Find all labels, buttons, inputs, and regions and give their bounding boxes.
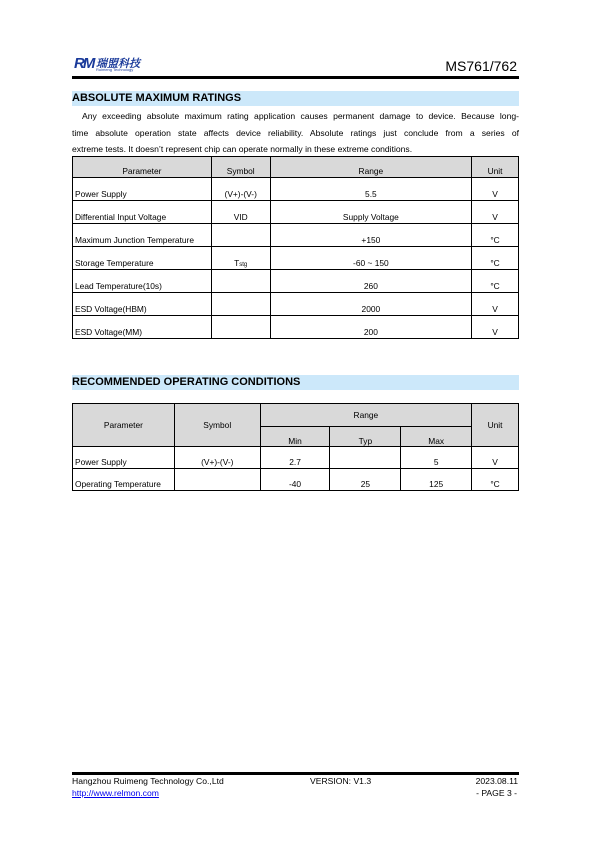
cell-unit: V	[472, 293, 519, 316]
cell-symbol: Tstg	[211, 247, 270, 270]
cell-unit: °C	[472, 270, 519, 293]
table-row: Lead Temperature(10s) 260 °C	[73, 270, 519, 293]
cell-unit: V	[472, 201, 519, 224]
footer-link-container: http://www.relmon.com	[72, 788, 159, 798]
cell-parameter: Storage Temperature	[73, 247, 212, 270]
cell-parameter: Differential Input Voltage	[73, 201, 212, 224]
cell-symbol: VID	[211, 201, 270, 224]
cell-max: 5	[401, 447, 472, 469]
cell-unit: °C	[472, 247, 519, 270]
cell-parameter: ESD Voltage(MM)	[73, 316, 212, 339]
cell-unit: °C	[472, 224, 519, 247]
cell-symbol	[211, 316, 270, 339]
cell-range: Supply Voltage	[270, 201, 471, 224]
table-header-row: Parameter Symbol Range Unit	[73, 157, 519, 178]
footer-company: Hangzhou Ruimeng Technology Co.,Ltd	[72, 776, 224, 786]
cell-unit: V	[472, 447, 519, 469]
cell-typ	[330, 447, 401, 469]
col-header-range: Range	[270, 157, 471, 178]
cell-symbol	[174, 469, 260, 491]
cell-min: 2.7	[260, 447, 330, 469]
cell-range: 2000	[270, 293, 471, 316]
symbol-subscript: stg	[239, 262, 247, 268]
table-row: Differential Input Voltage VID Supply Vo…	[73, 201, 519, 224]
col-header-parameter: Parameter	[73, 157, 212, 178]
cell-symbol: (V+)-(V-)	[174, 447, 260, 469]
cell-symbol	[211, 293, 270, 316]
cell-parameter: Maximum Junction Temperature	[73, 224, 212, 247]
cell-min: -40	[260, 469, 330, 491]
table-row: ESD Voltage(HBM) 2000 V	[73, 293, 519, 316]
paragraph-line: time absolute operation state affects de…	[72, 125, 519, 142]
cell-range: -60 ~ 150	[270, 247, 471, 270]
col-header-unit: Unit	[472, 404, 519, 447]
cell-unit: V	[472, 316, 519, 339]
cell-unit: V	[472, 178, 519, 201]
cell-range: 260	[270, 270, 471, 293]
table-row: Maximum Junction Temperature +150 °C	[73, 224, 519, 247]
col-header-symbol: Symbol	[174, 404, 260, 447]
roc-table: Parameter Symbol Range Unit Min Typ Max …	[72, 403, 519, 491]
col-header-max: Max	[401, 427, 472, 447]
col-header-range: Range	[260, 404, 471, 427]
header-divider	[72, 76, 519, 79]
cell-symbol	[211, 270, 270, 293]
cell-range: 5.5	[270, 178, 471, 201]
logo-english-name: Ruimeng Technology	[96, 67, 133, 72]
col-header-unit: Unit	[472, 157, 519, 178]
col-header-parameter: Parameter	[73, 404, 175, 447]
table-row: Operating Temperature -40 25 125 °C	[73, 469, 519, 491]
cell-range: 200	[270, 316, 471, 339]
cell-parameter: ESD Voltage(HBM)	[73, 293, 212, 316]
cell-range: +150	[270, 224, 471, 247]
company-logo: RM 瑞盟科技 Ruimeng Technology	[74, 55, 140, 73]
cell-max: 125	[401, 469, 472, 491]
table-row: Power Supply (V+)-(V-) 2.7 5 V	[73, 447, 519, 469]
table-row: Storage Temperature Tstg -60 ~ 150 °C	[73, 247, 519, 270]
cell-parameter: Lead Temperature(10s)	[73, 270, 212, 293]
section-title-abs-max: ABSOLUTE MAXIMUM RATINGS	[72, 91, 519, 106]
footer-version: VERSION: V1.3	[310, 776, 371, 786]
col-header-symbol: Symbol	[211, 157, 270, 178]
abs-max-table: Parameter Symbol Range Unit Power Supply…	[72, 156, 519, 339]
table-row: Power Supply (V+)-(V-) 5.5 V	[73, 178, 519, 201]
col-header-min: Min	[260, 427, 330, 447]
cell-parameter: Operating Temperature	[73, 469, 175, 491]
cell-parameter: Power Supply	[73, 447, 175, 469]
cell-symbol: (V+)-(V-)	[211, 178, 270, 201]
cell-unit: °C	[472, 469, 519, 491]
cell-parameter: Power Supply	[73, 178, 212, 201]
footer-date: 2023.08.11	[476, 776, 518, 786]
cell-typ: 25	[330, 469, 401, 491]
col-header-typ: Typ	[330, 427, 401, 447]
footer-page-number: - PAGE 3 -	[476, 788, 517, 798]
footer-website-link[interactable]: http://www.relmon.com	[72, 788, 159, 798]
cell-symbol	[211, 224, 270, 247]
paragraph-line: Any exceeding absolute maximum rating ap…	[72, 108, 519, 125]
abs-max-paragraph: Any exceeding absolute maximum rating ap…	[72, 108, 519, 158]
footer-divider	[72, 772, 519, 775]
table-header-row: Parameter Symbol Range Unit	[73, 404, 519, 427]
document-title: MS761/762	[445, 58, 517, 74]
logo-mark: RM	[74, 55, 93, 72]
section-title-roc: RECOMMENDED OPERATING CONDITIONS	[72, 375, 519, 390]
table-row: ESD Voltage(MM) 200 V	[73, 316, 519, 339]
